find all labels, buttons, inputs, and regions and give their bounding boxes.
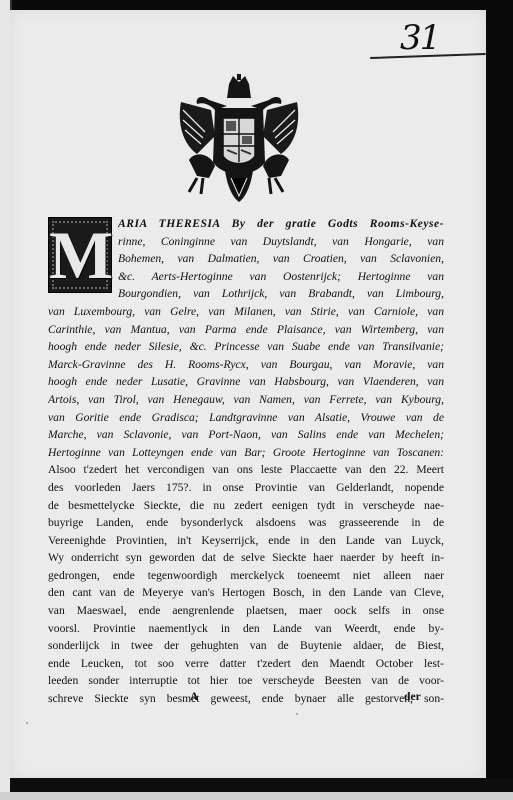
body-line: gedrongen, ende tegenwoordigh merckelyck… bbox=[48, 567, 444, 585]
proclamation-text: M ARIA THERESIA By der gratie Godts Room… bbox=[48, 215, 444, 708]
italic-line: hoogh ende neder Silesie, &c. Princesse … bbox=[48, 338, 444, 356]
scan-bottom-band bbox=[0, 792, 513, 800]
italic-line: rinne, Coninginne van Duytslandt, van Ho… bbox=[118, 233, 444, 251]
initial-letter: M bbox=[49, 222, 111, 288]
signature-mark: A bbox=[190, 690, 198, 703]
double-headed-eagle-crest-icon bbox=[175, 74, 303, 204]
italic-line: hoogh ende neder Lusatie, Gravinne van H… bbox=[48, 373, 444, 391]
body-line: buyrige Landen, ende bysonderlyck alsdoe… bbox=[48, 514, 444, 532]
italic-line: Carinthie, van Mantua, van Parma ende Pl… bbox=[48, 321, 444, 339]
body-line: des voorleden Jaers 175?. in onse Provin… bbox=[48, 479, 444, 497]
italic-line: &c. Aerts-Hertoginne van Oostenrijck; He… bbox=[118, 268, 444, 286]
body-line: Alsoo t'zedert het vercondigen van ons l… bbox=[48, 461, 444, 479]
body-line: voorsl. Provintie naementlyck in den Lan… bbox=[48, 620, 444, 638]
body-line: ende Leucken, tot soo verre datter t'zed… bbox=[48, 655, 444, 673]
italic-line: Marche, van Sclavonie, van Port-Naon, va… bbox=[48, 426, 444, 444]
body-line: den cant van de Meyerye van's Hertogen B… bbox=[48, 584, 444, 602]
italic-line: van Goritie ende Gradisca; Landtgravinne… bbox=[48, 409, 444, 427]
body-line: Wy onderricht syn geworden dat de selve … bbox=[48, 549, 444, 567]
body-line: van Maeswael, ende aengrenlende plaetsen… bbox=[48, 602, 444, 620]
body-line: de besmettelycke Sieckte, die nu zedert … bbox=[48, 497, 444, 515]
body-line: Vereenighde Provintien, in't Keyserrijck… bbox=[48, 532, 444, 550]
heading-line: ARIA THERESIA By der gratie Godts Rooms-… bbox=[118, 215, 444, 233]
paper-speck bbox=[296, 713, 298, 715]
folio-number: 31 bbox=[400, 18, 439, 58]
italic-line: Bohemen, van Dalmatien, van Croatien, va… bbox=[118, 250, 444, 268]
decorated-initial-m: M bbox=[48, 217, 112, 293]
body-line: sonderlijck in twee der gehughten van de… bbox=[48, 637, 444, 655]
paper-speck bbox=[26, 722, 28, 724]
body-line: schreve Sieckte syn besmet geweest, ende… bbox=[48, 690, 444, 708]
italic-line: van Luxembourg, van Gelre, van Milanen, … bbox=[48, 303, 444, 321]
italic-line: Marck-Gravinne des H. Rooms-Rycx, van Bo… bbox=[48, 356, 444, 374]
catchword: der bbox=[404, 690, 421, 703]
italic-line: Bourgondien, van Lothrijck, van Brabandt… bbox=[118, 285, 444, 303]
body-line: leeden sonder interruptie tot hier toe v… bbox=[48, 672, 444, 690]
italic-line: Artois, van Tirol, van Henegauw, van Nam… bbox=[48, 391, 444, 409]
italic-line: Hertoginne van Lotteyngen ende van Bar; … bbox=[48, 444, 444, 462]
